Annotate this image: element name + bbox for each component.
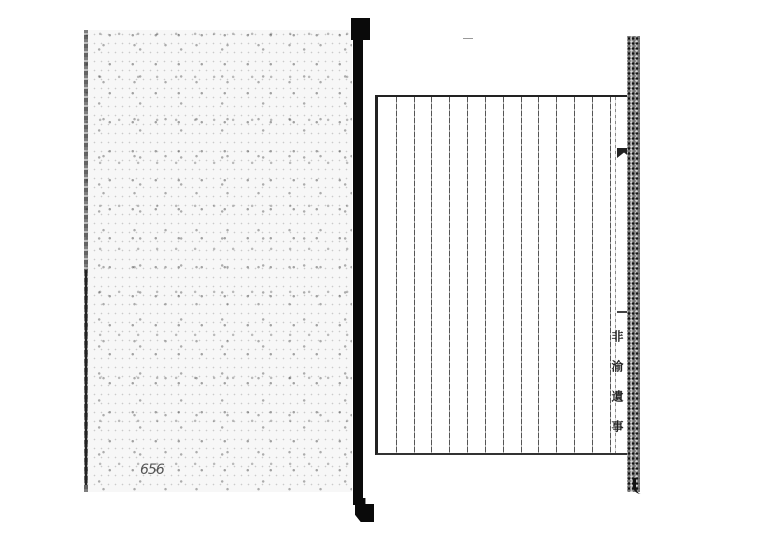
ruled-column-line: [485, 97, 486, 453]
book-spine: [353, 35, 363, 505]
ruled-column-line: [521, 97, 522, 453]
spine-bottom-notch: [355, 498, 374, 522]
ruled-column-line: [467, 97, 468, 453]
ruled-column-line: [592, 97, 593, 453]
page-mark: [463, 38, 473, 39]
left-page-edge-shadow: [85, 270, 87, 485]
ruled-column-line: [449, 97, 450, 453]
ruled-column-line: [556, 97, 557, 453]
ruled-column-line: [574, 97, 575, 453]
book-scan: 656 非渝遺事: [0, 0, 768, 544]
right-page-edge-curl: [633, 478, 642, 494]
right-page-edge: [627, 36, 640, 492]
ruled-column-line: [538, 97, 539, 453]
ruled-column-line: [414, 97, 415, 453]
ruled-column-line: [396, 97, 397, 453]
ruled-column-line: [503, 97, 504, 453]
left-page: [84, 30, 352, 492]
ruled-column-line: [431, 97, 432, 453]
handwritten-folio-number: 656: [140, 462, 164, 478]
